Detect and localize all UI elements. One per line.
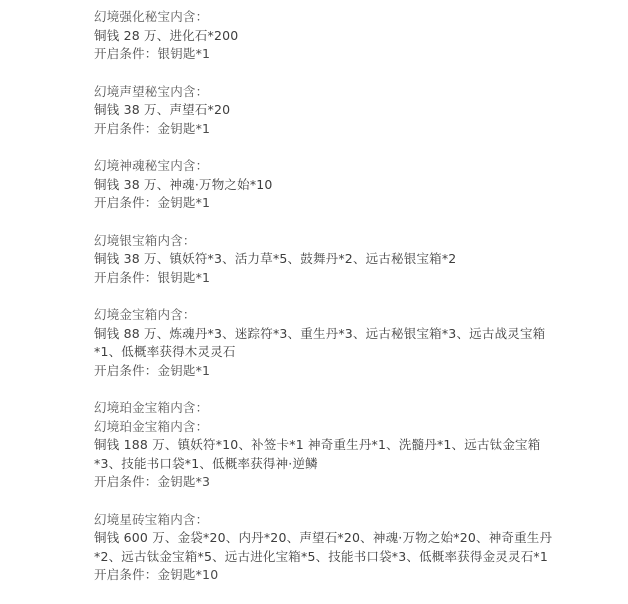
section-silver-chest: 幻境银宝箱内含： 铜钱 38 万、镇妖符*3、活力草*5、鼓舞丹*2、远古秘银宝…: [94, 232, 564, 288]
open-condition: 开启条件：银钥匙*1: [94, 269, 564, 288]
section-contents: 铜钱 28 万、进化石*200: [94, 27, 564, 46]
section-title: 幻境银宝箱内含：: [94, 232, 564, 251]
open-condition: 开启条件：银钥匙*1: [94, 45, 564, 64]
document-body: 幻境强化秘宝内含： 铜钱 28 万、进化石*200 开启条件：银钥匙*1 幻境声…: [94, 8, 564, 527]
section-contents: 铜钱 188 万、镇妖符*10、补签卡*1 神奇重生丹*1、洗髓丹*1、远古钛金…: [94, 436, 564, 473]
section-contents: 铜钱 38 万、声望石*20: [94, 101, 564, 120]
section-star-chest: 幻境星砖宝箱内含： 铜钱 600 万、金袋*20、内丹*20、声望石*20、神魂…: [94, 511, 564, 528]
section-contents: 铜钱 88 万、炼魂丹*3、迷踪符*3、重生丹*3、远古秘银宝箱*3、远古战灵宝…: [94, 325, 564, 362]
section-strengthen-treasure: 幻境强化秘宝内含： 铜钱 28 万、进化石*200 开启条件：银钥匙*1: [94, 8, 564, 64]
section-gold-chest: 幻境金宝箱内含： 铜钱 88 万、炼魂丹*3、迷踪符*3、重生丹*3、远古秘银宝…: [94, 306, 564, 380]
section-reputation-treasure: 幻境声望秘宝内含： 铜钱 38 万、声望石*20 开启条件：金钥匙*1: [94, 83, 564, 139]
section-soul-treasure: 幻境神魂秘宝内含： 铜钱 38 万、神魂·万物之始*10 开启条件：金钥匙*1: [94, 157, 564, 213]
section-title-repeat: 幻境珀金宝箱内含：: [94, 418, 564, 437]
section-title: 幻境星砖宝箱内含：: [94, 511, 564, 528]
section-title: 幻境珀金宝箱内含：: [94, 399, 564, 418]
open-condition: 开启条件：金钥匙*3: [94, 473, 564, 492]
section-platinum-chest: 幻境珀金宝箱内含： 幻境珀金宝箱内含： 铜钱 188 万、镇妖符*10、补签卡*…: [94, 399, 564, 492]
section-title: 幻境金宝箱内含：: [94, 306, 564, 325]
open-condition: 开启条件：金钥匙*1: [94, 362, 564, 381]
section-title: 幻境强化秘宝内含：: [94, 8, 564, 27]
open-condition: 开启条件：金钥匙*1: [94, 194, 564, 213]
section-title: 幻境声望秘宝内含：: [94, 83, 564, 102]
section-contents: 铜钱 38 万、镇妖符*3、活力草*5、鼓舞丹*2、远古秘银宝箱*2: [94, 250, 564, 269]
open-condition: 开启条件：金钥匙*1: [94, 120, 564, 139]
section-contents: 铜钱 38 万、神魂·万物之始*10: [94, 176, 564, 195]
section-title: 幻境神魂秘宝内含：: [94, 157, 564, 176]
